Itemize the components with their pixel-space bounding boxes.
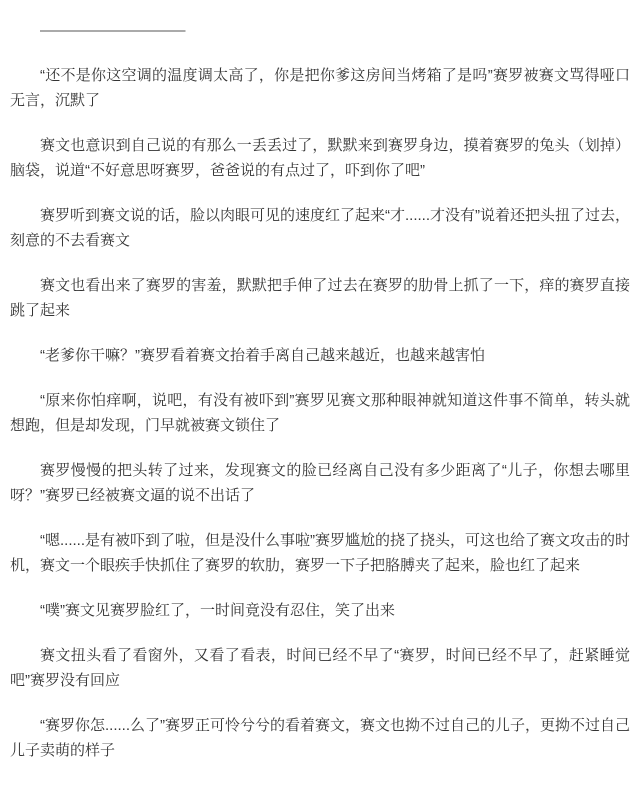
paragraph: 赛罗听到赛文说的话，脸以肉眼可见的速度红了起来“才......才没有”说着还把头… (10, 203, 630, 253)
paragraph: “还不是你这空调的温度调太高了，你是把你爹这房间当烤箱了是吗”赛罗被赛文骂得哑口… (10, 63, 630, 113)
paragraph: “嗯......是有被吓到了啦，但是没什么事啦”赛罗尴尬的挠了挠头，可这也给了赛… (10, 528, 630, 578)
article-body: —————————— “还不是你这空调的温度调太高了，你是把你爹这房间当烤箱了是… (0, 0, 640, 793)
divider-dashes: —————————— (10, 18, 630, 43)
paragraph: 赛罗慢慢的把头转了过来，发现赛文的脸已经离自己没有多少距离了“儿子，你想去哪里呀… (10, 458, 630, 508)
paragraph: 赛文扭头看了看窗外，又看了看表，时间已经不早了“赛罗，时间已经不早了，赶紧睡觉吧… (10, 643, 630, 693)
paragraph: 赛文也看出来了赛罗的害羞，默默把手伸了过去在赛罗的肋骨上抓了一下，痒的赛罗直接跳… (10, 273, 630, 323)
paragraph: “噗”赛文见赛罗脸红了，一时间竟没有忍住，笑了出来 (10, 598, 630, 623)
paragraph: “老爹你干嘛？”赛罗看着赛文抬着手离自己越来越近，也越来越害怕 (10, 343, 630, 368)
paragraph: 赛文也意识到自己说的有那么一丢丢过了，默默来到赛罗身边，摸着赛罗的兔头（划掉）脑… (10, 133, 630, 183)
paragraph: “赛罗你怎......么了”赛罗正可怜兮兮的看着赛文，赛文也拗不过自己的儿子，更… (10, 713, 630, 763)
paragraph: “原来你怕痒啊，说吧，有没有被吓到”赛罗见赛文那种眼神就知道这件事不简单，转头就… (10, 388, 630, 438)
paragraph-list: “还不是你这空调的温度调太高了，你是把你爹这房间当烤箱了是吗”赛罗被赛文骂得哑口… (10, 63, 630, 763)
